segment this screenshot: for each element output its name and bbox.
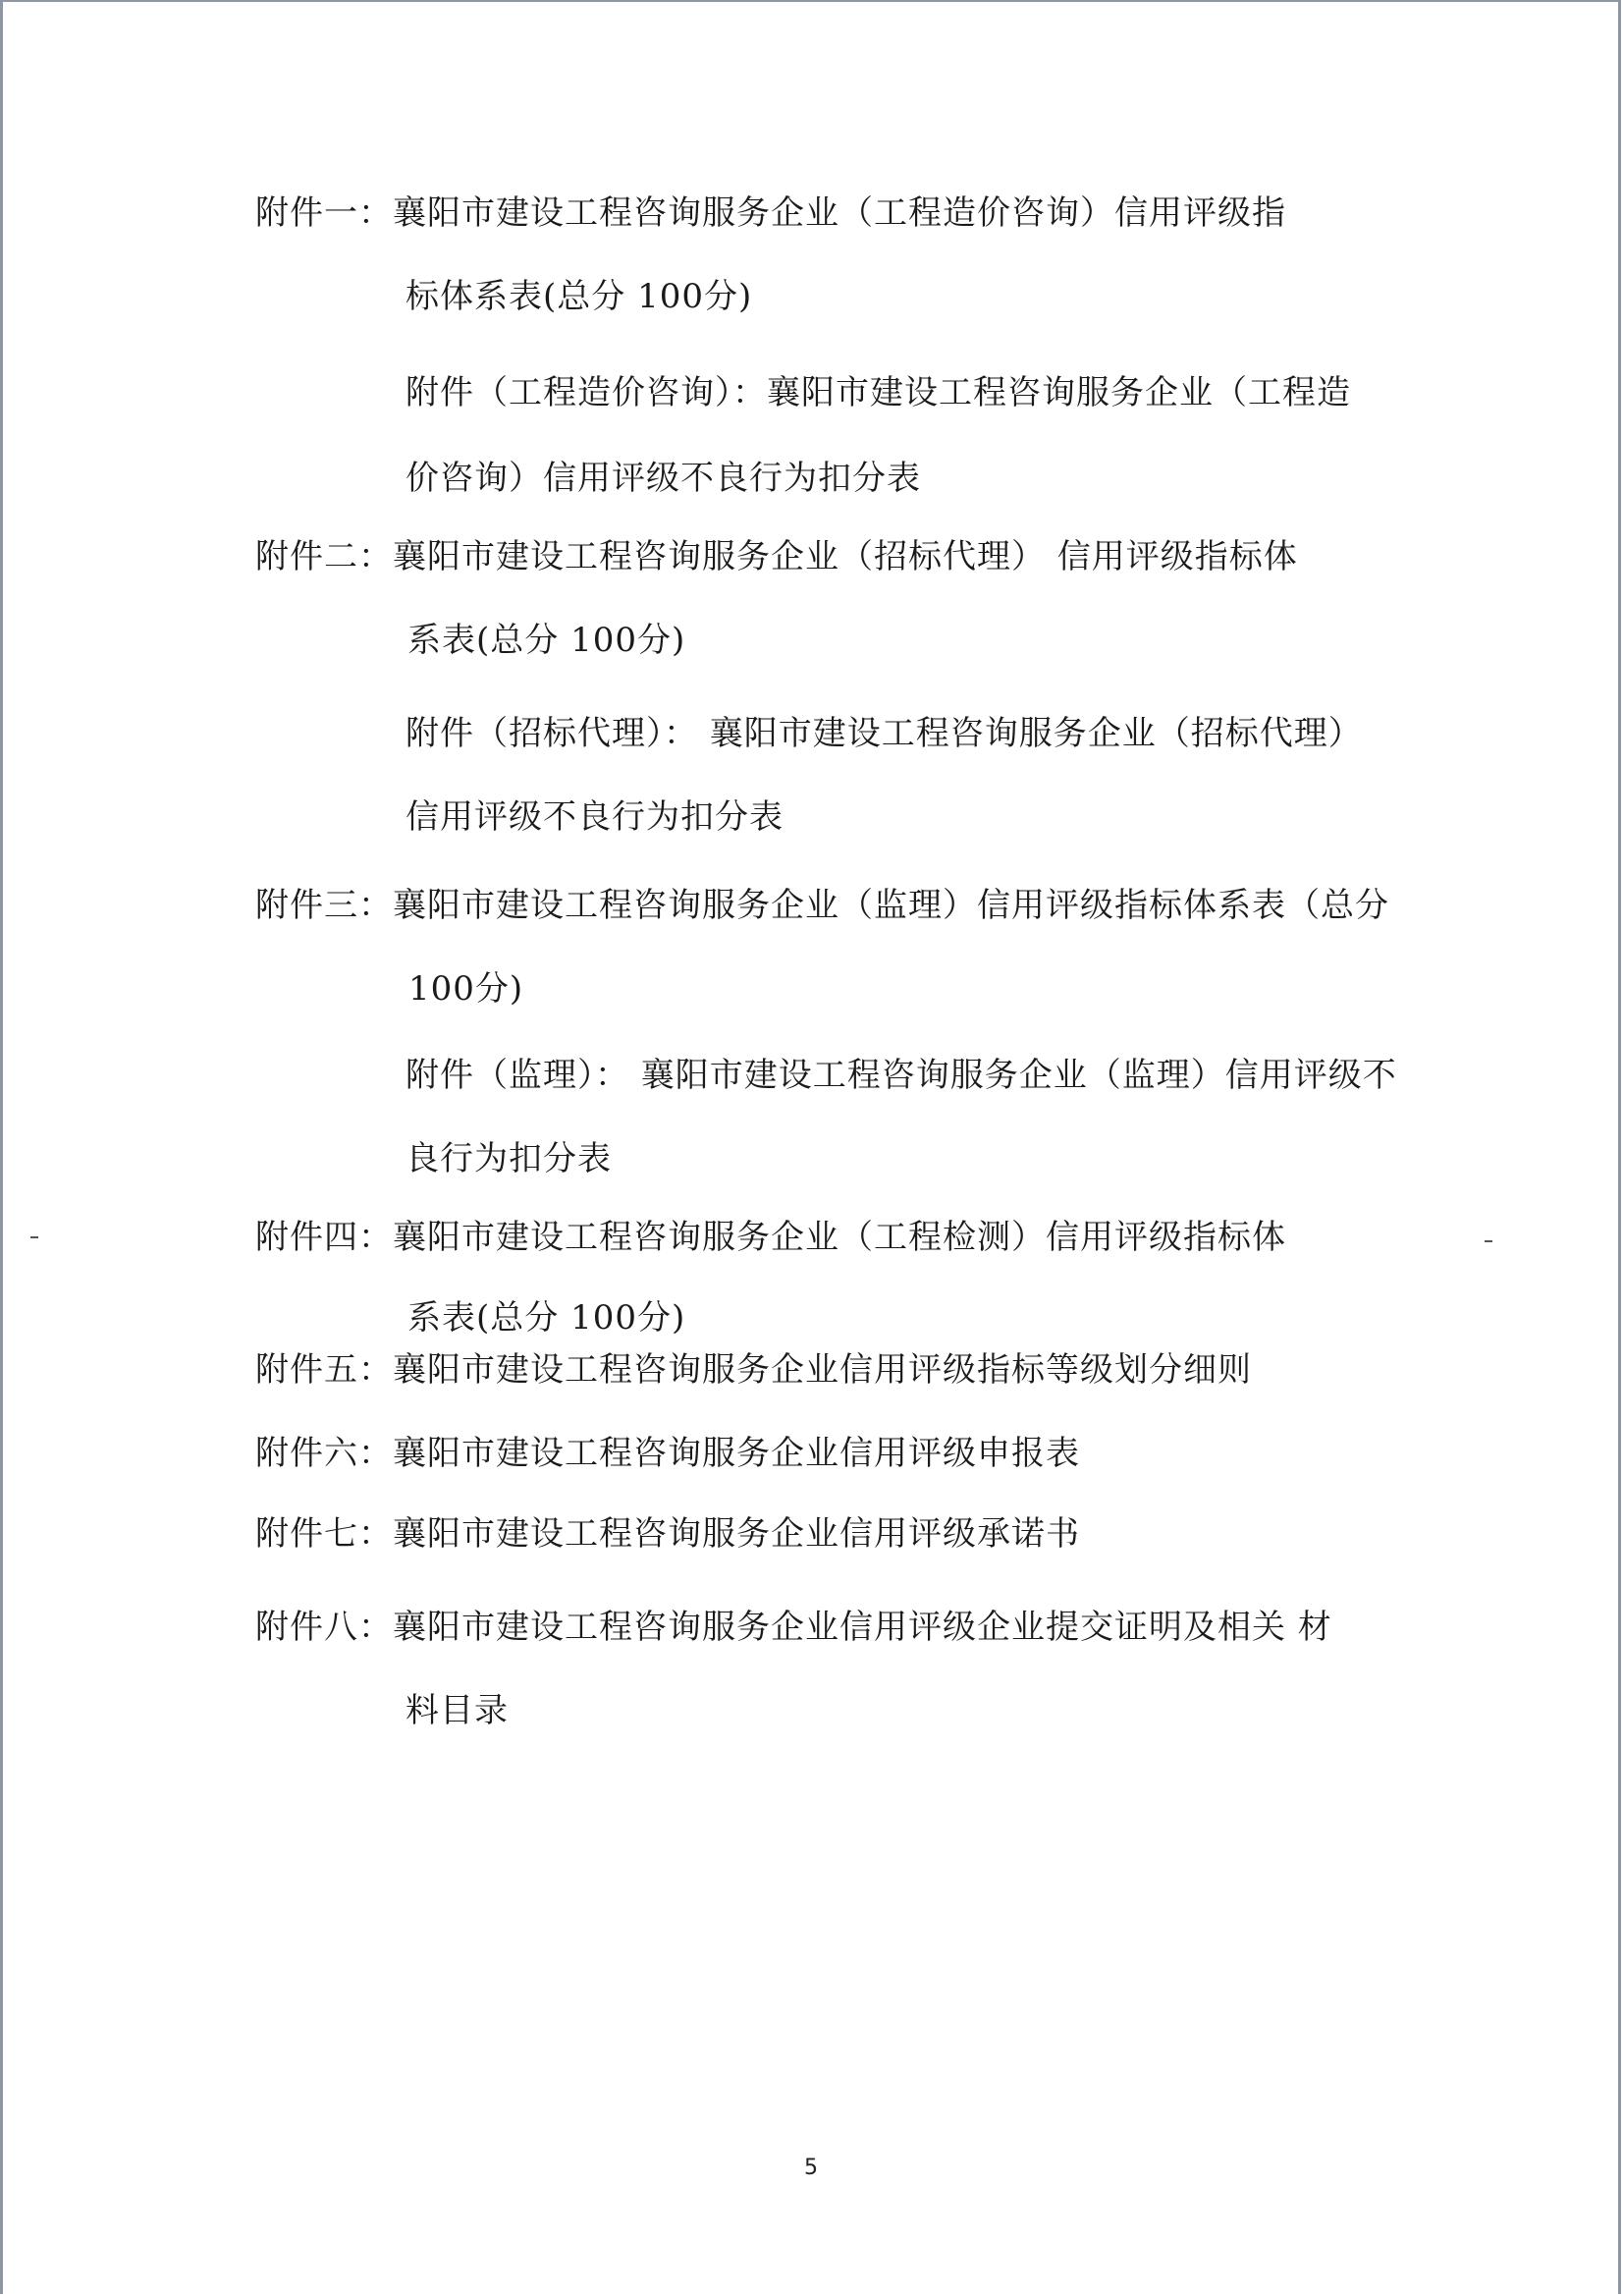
document-page: 附件一：襄阳市建设工程咨询服务企业（工程造价咨询）信用评级指 标体系表(总分 1… — [0, 0, 1621, 2294]
attachment-2-sub-line-1: 附件（招标代理）： 襄阳市建设工程咨询服务企业（招标代理） — [406, 714, 1363, 753]
scan-mark-right — [1485, 1240, 1492, 1242]
page-number: 5 — [804, 2156, 818, 2180]
attachment-3-sub-line-1: 附件（监理）： 襄阳市建设工程咨询服务企业（监理）信用评级不 — [406, 1056, 1397, 1095]
attachment-6-title: 附件六：襄阳市建设工程咨询服务企业信用评级申报表 — [255, 1434, 1080, 1473]
scan-mark-left — [30, 1236, 38, 1238]
attachment-1-sub-line-1: 附件（工程造价咨询）：襄阳市建设工程咨询服务企业（工程造 — [406, 373, 1351, 412]
attachment-3-sub-line-2: 良行为扣分表 — [406, 1139, 612, 1178]
attachment-8-title-line-1: 附件八：襄阳市建设工程咨询服务企业信用评级企业提交证明及相关 材 — [255, 1608, 1332, 1647]
attachment-4-title-line-1: 附件四：襄阳市建设工程咨询服务企业（工程检测）信用评级指标体 — [255, 1218, 1286, 1257]
attachment-1-sub-line-2: 价咨询）信用评级不良行为扣分表 — [406, 459, 921, 498]
attachment-2-title-line-2: 系表(总分 100分) — [407, 621, 685, 660]
attachment-2-title-line-1: 附件二：襄阳市建设工程咨询服务企业（招标代理） 信用评级指标体 — [255, 537, 1298, 576]
attachment-3-title-line-2: 100分) — [408, 969, 523, 1009]
attachment-4-title-line-2: 系表(总分 100分) — [407, 1298, 685, 1338]
attachment-2-sub-line-2: 信用评级不良行为扣分表 — [406, 797, 784, 837]
attachment-7-title: 附件七：襄阳市建设工程咨询服务企业信用评级承诺书 — [255, 1514, 1080, 1554]
attachment-3-title-line-1: 附件三：襄阳市建设工程咨询服务企业（监理）信用评级指标体系表（总分 — [255, 886, 1389, 925]
attachment-1-title-line-2: 标体系表(总分 100分) — [406, 277, 752, 316]
attachment-8-title-line-2: 料目录 — [406, 1691, 509, 1730]
attachment-5-title: 附件五：襄阳市建设工程咨询服务企业信用评级指标等级划分细则 — [255, 1350, 1252, 1390]
attachment-1-title-line-1: 附件一：襄阳市建设工程咨询服务企业（工程造价咨询）信用评级指 — [255, 193, 1286, 233]
